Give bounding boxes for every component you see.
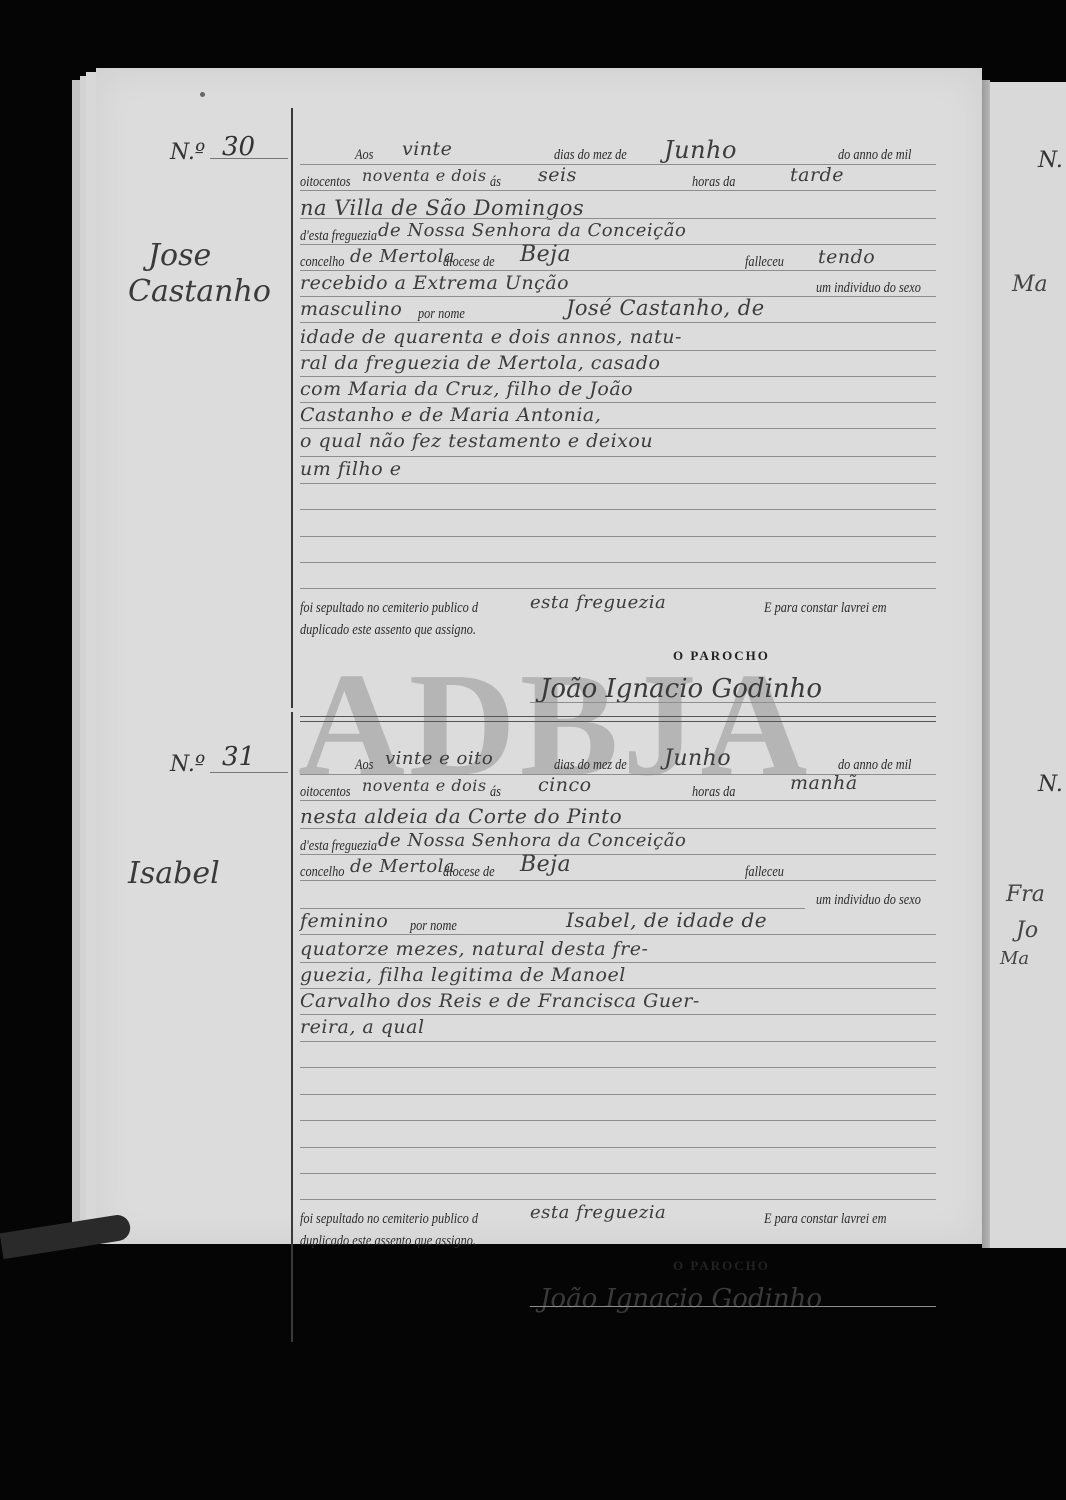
- printed-oitocentos: oitocentos: [300, 784, 351, 801]
- handwritten-diocese: Beja: [520, 242, 571, 267]
- printed-sepultado: foi sepultado no cemiterio publico d: [300, 600, 478, 617]
- printed-dias-mez: dias do mez de: [554, 147, 627, 164]
- margin-name-line: Jose: [148, 238, 271, 274]
- printed-horas-da: horas da: [692, 174, 735, 191]
- entry-number: 31: [222, 742, 255, 772]
- handwritten-freguezia: de Nossa Senhora da Conceição: [378, 830, 686, 851]
- adjacent-fragment: Ma: [1012, 272, 1048, 297]
- printed-oitocentos: oitocentos: [300, 174, 351, 191]
- handwritten-freguezia: de Nossa Senhora da Conceição: [378, 220, 686, 241]
- handwritten-body-line: quatorze mezes, natural desta fre-: [300, 938, 648, 960]
- handwritten-sexo: feminino: [300, 910, 388, 932]
- handwritten-body-line: reira, a qual: [300, 1016, 425, 1038]
- adjacent-fragment: Jo: [1016, 918, 1038, 943]
- printed-as: ás: [490, 174, 501, 191]
- margin-name: Jose Castanho: [148, 238, 271, 310]
- handwritten-body-line: Castanho e de Maria Antonia,: [300, 404, 601, 426]
- handwritten-note: tendo: [818, 246, 875, 268]
- handwritten-sepultado: esta freguezia: [530, 592, 666, 613]
- handwritten-month: Junho: [664, 746, 731, 771]
- handwritten-year: noventa e dois: [362, 166, 487, 185]
- printed-dias-mez: dias do mez de: [554, 757, 627, 774]
- handwritten-diocese: Beja: [520, 852, 571, 877]
- printed-diocese: diocese de: [443, 254, 495, 271]
- handwritten-nome: José Castanho, de: [566, 296, 765, 320]
- margin-name: Isabel: [128, 856, 220, 892]
- parocho-label: O PAROCHO: [673, 1258, 770, 1274]
- handwritten-day: vinte e oito: [385, 748, 493, 769]
- handwritten-nome: Isabel, de idade de: [566, 908, 767, 932]
- handwritten-period: tarde: [790, 164, 844, 186]
- printed-por-nome: por nome: [418, 306, 465, 323]
- printed-as: ás: [490, 784, 501, 801]
- parocho-label: O PAROCHO: [673, 648, 770, 664]
- printed-duplicado: duplicado este assento que assigno.: [300, 1233, 476, 1250]
- printed-anno: do anno de mil: [838, 147, 911, 164]
- printed-concelho: concelho: [300, 254, 344, 271]
- handwritten-place: na Villa de São Domingos: [300, 196, 584, 220]
- handwritten-sexo: masculino: [300, 298, 402, 320]
- bookmark-ribbon: [0, 1213, 132, 1259]
- handwritten-sacrament: recebido a Extrema Unção: [300, 272, 569, 294]
- printed-constar: E para constar lavrei em: [764, 1211, 887, 1228]
- handwritten-body-line: guezia, filha legitima de Manoel: [300, 964, 626, 986]
- handwritten-hour: cinco: [538, 774, 592, 796]
- handwritten-hour: seis: [538, 164, 577, 186]
- adjacent-number-label: N.: [1038, 772, 1063, 797]
- printed-freguezia: d'esta freguezia: [300, 228, 377, 245]
- book-gutter: [982, 80, 990, 1248]
- handwritten-body-line: ral da freguezia de Mertola, casado: [300, 352, 660, 374]
- handwritten-concelho: de Mertola: [350, 246, 455, 267]
- handwritten-day: vinte: [402, 138, 452, 160]
- printed-concelho: concelho: [300, 864, 344, 881]
- handwritten-body-line: um filho e: [300, 458, 401, 480]
- handwritten-concelho: de Mertola: [350, 856, 455, 877]
- parocho-signature: João Ignacio Godinho: [540, 674, 822, 704]
- handwritten-place: nesta aldeia da Corte do Pinto: [300, 804, 622, 828]
- handwritten-body-line: idade de quarenta e dois annos, natu-: [300, 326, 682, 348]
- handwritten-sepultado: esta freguezia: [530, 1202, 666, 1223]
- printed-diocese: diocese de: [443, 864, 495, 881]
- printed-individuo: um individuo do sexo: [816, 892, 921, 909]
- margin-name-line: Isabel: [128, 856, 220, 892]
- printed-freguezia: d'esta freguezia: [300, 838, 377, 855]
- printed-horas-da: horas da: [692, 784, 735, 801]
- printed-sepultado: foi sepultado no cemiterio publico d: [300, 1211, 478, 1228]
- adjacent-page: N. Ma N. Fra Jo Ma: [990, 82, 1066, 1248]
- margin-name-line: Castanho: [128, 274, 271, 310]
- printed-por-nome: por nome: [410, 918, 457, 935]
- column-rule: [291, 712, 293, 1342]
- handwritten-body-line: o qual não fez testamento e deixou: [300, 430, 653, 452]
- column-rule: [291, 108, 293, 708]
- printed-duplicado: duplicado este assento que assigno.: [300, 622, 476, 639]
- parocho-signature: João Ignacio Godinho: [540, 1284, 822, 1314]
- printed-aos: Aos: [355, 147, 373, 164]
- entry-number-label: N.º: [170, 752, 205, 777]
- adjacent-number-label: N.: [1038, 148, 1063, 173]
- handwritten-year: noventa e dois: [362, 776, 487, 795]
- entry-number-label: N.º: [170, 140, 205, 165]
- handwritten-month: Junho: [664, 136, 737, 164]
- paper-speck: [200, 92, 205, 97]
- printed-falleceu: falleceu: [745, 254, 784, 271]
- printed-aos: Aos: [355, 757, 373, 774]
- adjacent-fragment: Ma: [1000, 948, 1029, 969]
- printed-individuo: um individuo do sexo: [816, 280, 921, 297]
- handwritten-period: manhã: [790, 772, 858, 794]
- handwritten-body-line: com Maria da Cruz, filho de João: [300, 378, 633, 400]
- printed-constar: E para constar lavrei em: [764, 600, 887, 617]
- adjacent-fragment: Fra: [1006, 882, 1045, 907]
- printed-falleceu: falleceu: [745, 864, 784, 881]
- handwritten-body-line: Carvalho dos Reis e de Francisca Guer-: [300, 990, 700, 1012]
